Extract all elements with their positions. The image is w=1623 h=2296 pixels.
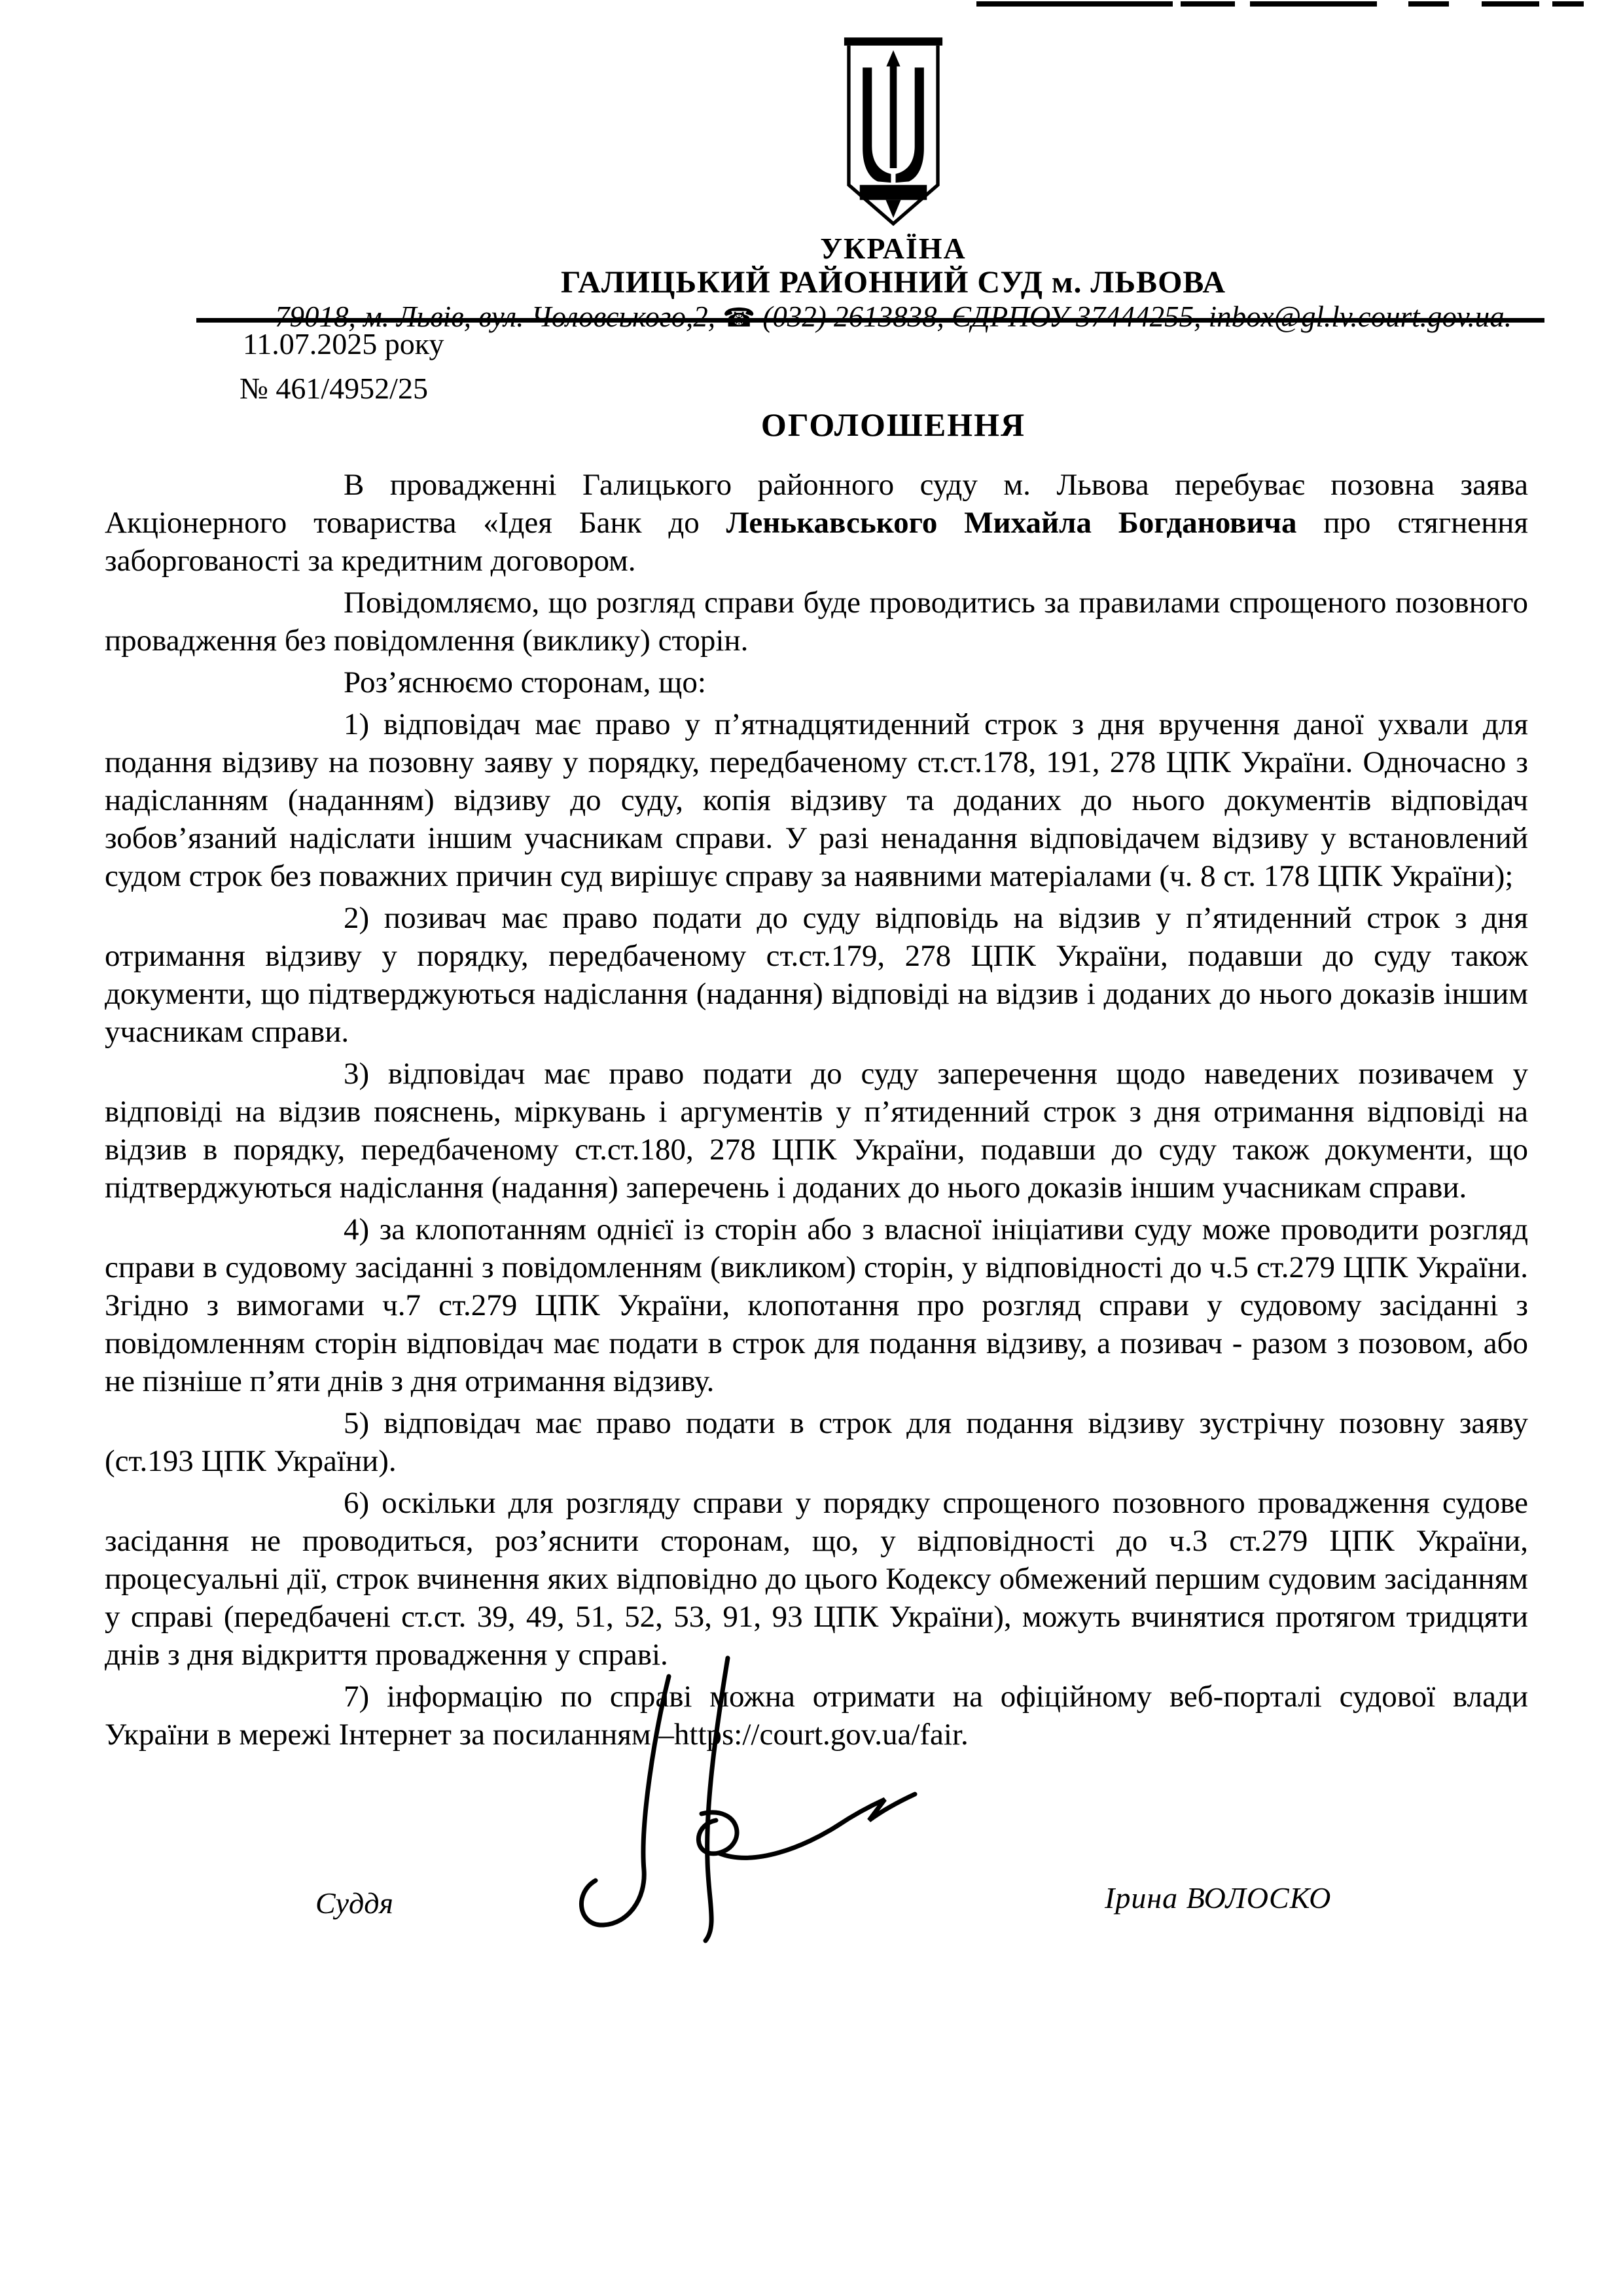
defendant-name: Ленькавського Михайла Богдановича xyxy=(726,506,1297,540)
document-title: ОГОЛОШЕННЯ xyxy=(0,406,1623,444)
paragraph-notice: Повідомляємо, що розгляд справи буде про… xyxy=(105,584,1528,660)
document-header: УКРАЇНА ГАЛИЦЬКИЙ РАЙОННИЙ СУД м. ЛЬВОВА… xyxy=(0,34,1623,334)
handwritten-signature xyxy=(530,1649,949,1943)
document-date: 11.07.2025 року xyxy=(243,327,444,361)
court-announcement-document: УКРАЇНА ГАЛИЦЬКИЙ РАЙОННИЙ СУД м. ЛЬВОВА… xyxy=(0,0,1623,2296)
address-end: (032) 2613838, ЄДРПОУ 37444255, inbox@gl… xyxy=(755,300,1512,333)
ukraine-trident-emblem-icon xyxy=(844,34,943,228)
list-item-2: 2) позивач має право подати до суду відп… xyxy=(105,899,1528,1051)
list-item-5: 5) відповідач має право подати в строк д… xyxy=(105,1404,1528,1480)
list-item-1: 1) відповідач має право у п’ятнадцятиден… xyxy=(105,705,1528,895)
judge-label: Суддя xyxy=(315,1886,393,1920)
list-item-4: 4) за клопотанням однієї із сторін або з… xyxy=(105,1210,1528,1400)
document-body: В провадженні Галицького районного суду … xyxy=(105,466,1528,1757)
country-name: УКРАЇНА xyxy=(164,232,1623,265)
judge-name: Ірина ВОЛОСКО xyxy=(1105,1881,1331,1915)
list-item-3: 3) відповідач має право подати до суду з… xyxy=(105,1055,1528,1207)
paragraph-clarify: Роз’яснюємо сторонам, що: xyxy=(105,663,1528,701)
paragraph-intro: В провадженні Галицького районного суду … xyxy=(105,466,1528,580)
case-number: № 461/4952/25 xyxy=(240,372,428,406)
list-item-6: 6) оскільки для розгляду справи у порядк… xyxy=(105,1484,1528,1674)
header-divider xyxy=(196,318,1544,323)
scan-artifact-streak xyxy=(976,1,1584,7)
court-name: ГАЛИЦЬКИЙ РАЙОННИЙ СУД м. ЛЬВОВА xyxy=(164,265,1623,300)
